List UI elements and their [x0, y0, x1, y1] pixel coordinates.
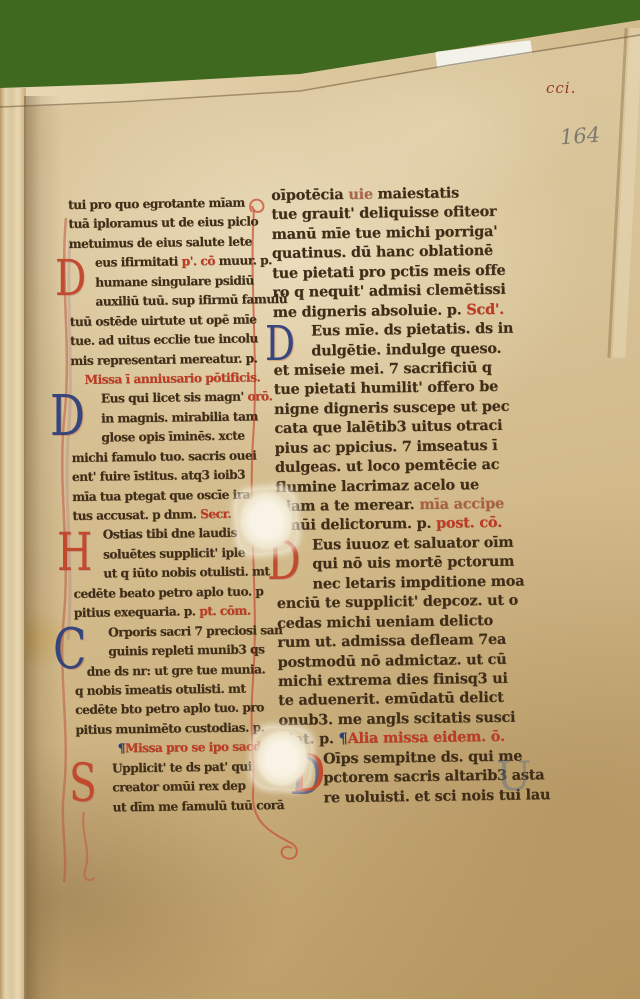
body-text: dulgētie. indulge queso. [311, 339, 501, 359]
body-text: dulgeas. ut loco pemtēcie ac [275, 456, 500, 476]
body-text: ro q nequit' admisi clemētissi [272, 281, 505, 301]
rubric-text: pt. cōm. [199, 604, 251, 619]
body-text: uie [348, 186, 378, 203]
rubric-text: Scd'. [466, 300, 504, 318]
manuscript-line: tui pro quo egrotante mīam [68, 193, 254, 215]
manuscript-line: Ostias tibi dne laudis [73, 524, 259, 546]
body-text: eus ifirmitati [95, 255, 182, 270]
manuscript-line: cata que lalētib3 uitus otraci [274, 415, 542, 438]
body-text: Eus mīe. ds pietatis. ds in [311, 320, 513, 340]
manuscript-line: soluētes supplicit' iple [73, 543, 259, 565]
manuscript-line: tue. ad uitus ecclie tue incolu [70, 329, 256, 351]
body-text: Eus qui licet sis magn' [101, 390, 244, 406]
body-text: creator omūi rex dep [112, 779, 245, 795]
body-text: et miseie mei. 7 sacrificiū q [273, 359, 491, 379]
body-text: maiestatis [377, 184, 459, 202]
manuscript-line: cedēte beato petro aplo tuo. p [73, 582, 259, 604]
folio-number-roman: cci. [546, 79, 576, 97]
text-column-right: oīpotēcia uie maiestatistue grauit' deli… [271, 182, 548, 808]
body-text: pius ac ppicius. 7 imseatus ī [275, 437, 498, 457]
manuscript-line: pitius munimēto custodias. p. [75, 718, 261, 740]
body-text: enciū te supplicit' depcoz. ut o [277, 592, 518, 612]
body-text: pitius exequaria. p. [74, 604, 200, 620]
manuscript-line: enciū te supplicit' depcoz. ut o [277, 590, 545, 613]
manuscript-line: ent' fuire īstitus. atq3 ioib3 [72, 466, 258, 488]
body-text: q nobis īmeatis otulisti. mt [75, 682, 246, 698]
drop-cap-initial: S [69, 758, 97, 810]
body-text: cedas michi ueniam delicto [277, 612, 493, 632]
catchword-letter: U [496, 754, 531, 800]
manuscript-line: creator omūi rex dep [76, 776, 262, 798]
body-text: humane singulare psidiū [95, 273, 254, 289]
text-column-left: tui pro quo egrotante mīamtuā iploramus … [68, 193, 263, 818]
manuscript-line: cedēte bto petro aplo tuo. pro [75, 699, 261, 721]
body-text: soluētes supplicit' iple [103, 545, 245, 561]
repair-patch [235, 488, 297, 555]
body-text: metuimus de eius salute lete [69, 234, 252, 251]
drop-cap-initial: H [57, 527, 92, 579]
book-fore-edges [0, 88, 26, 999]
body-text: flumine lacrimaz acelo ue [275, 476, 479, 496]
body-text: niam a te merear. [275, 496, 419, 515]
body-text: mīa accipe [419, 495, 504, 513]
folio-number-pencil: 164 [559, 123, 601, 150]
body-text: tue pietati pro pctīs meis offe [272, 261, 505, 281]
pilcrow-mark: ¶ [338, 730, 347, 747]
body-text: Ostias tibi dne laudis [103, 526, 237, 542]
body-text: ent' fuire īstitus. atq3 ioib3 [72, 468, 245, 484]
body-text: auxiliū tuū. sup ifirmū famulū [95, 292, 287, 309]
manuscript-line: guinis repleti munib3 qs [74, 640, 260, 662]
manuscript-line: auxiliū tuū. sup ifirmū famulū [69, 291, 255, 313]
manuscript-line: in magnis. mirabilia tam [71, 407, 257, 429]
manuscript-line: pitius exequaria. p. pt. cōm. [74, 602, 260, 624]
body-text: nec letaris impditione moa [312, 572, 524, 592]
manuscript-line: tus accusat. p dnm. Secr. [72, 504, 258, 526]
manuscript-line: mīa tua ptegat que oscīe ira [72, 485, 258, 507]
body-text: tui pro quo egrotante mīam [68, 196, 245, 212]
manuscript-line: michi famulo tuo. sacris ouei [72, 446, 258, 468]
manuscript-line: onub3. me angls scitatis susci [278, 707, 546, 730]
drop-cap-initial: D [265, 320, 295, 368]
body-text: oīpotēcia [271, 186, 348, 204]
body-text: pitius munimēto custodias. p. [75, 720, 264, 737]
body-text: glose opis īminēs. xcte [101, 429, 244, 445]
body-text: quatinus. dū hanc oblationē [272, 242, 493, 262]
manuscript-line: Missa ī anniusario pōtificis. [70, 368, 256, 390]
body-text: tue grauit' deliquisse ofiteor [271, 203, 496, 223]
body-text: michi famulo tuo. sacris ouei [72, 448, 257, 465]
body-text: tus accusat. p dnm. [72, 507, 200, 523]
body-text: ut dīm me famulū tuū corā [112, 798, 284, 814]
body-text: Orporis sacri 7 preciosi san [108, 623, 282, 639]
body-text: qui nō uis mortē pctorum [312, 553, 514, 573]
manuscript-line: ut q iūto nobis otulisti. mt [73, 563, 259, 585]
body-text: dne ds nr: ut gre tue munia. [87, 662, 266, 678]
body-text: tuū ostēde uirtute ut opē mīe [70, 312, 257, 329]
body-text: me digneris absoluie. p. [273, 301, 467, 321]
manuscript-line: tuū ostēde uirtute ut opē mīe [70, 310, 256, 332]
rubric-text: Missa ī anniusario pōtificis. [84, 370, 260, 386]
body-text: ut q iūto nobis otulisti. mt [103, 565, 269, 581]
manuscript-line: glose opis īminēs. xcte [71, 427, 257, 449]
body-text: tue. ad uitus ecclie tue incolu [70, 331, 258, 348]
body-text: muur. p. [215, 253, 272, 268]
drop-cap-initial: D [50, 389, 85, 445]
manuscript-line: dulgētie. indulge queso. [273, 338, 541, 361]
manuscript-line: tuā iploramus ut de eius piclo [68, 213, 254, 235]
manuscript-line: humane singulare psidiū [69, 271, 255, 293]
body-text: Eus iuuoz et saluator oīm [312, 534, 514, 554]
manuscript-photo: cci. 164 tui pro quo egrotante mīamtuā i… [0, 0, 640, 999]
manuscript-line: dne ds nr: ut gre tue munia. [75, 660, 261, 682]
body-text: cedēte bto petro aplo tuo. pro [75, 701, 264, 718]
manuscript-line: ut dīm me famulū tuū corā [76, 796, 262, 818]
body-text: te aduenerit. emūdatū delict [278, 689, 504, 709]
body-text: cedēte beato petro aplo tuo. p [73, 584, 263, 601]
body-text: in magnis. mirabilia tam [101, 409, 258, 425]
rubric-text: Alia missa eidem. ō. [347, 728, 505, 747]
body-text: tuā iploramus ut de eius piclo [68, 215, 258, 232]
rubric-text: post. cō. [436, 514, 502, 532]
manuscript-line: Orporis sacri 7 preciosi san [74, 621, 260, 643]
repair-patch [252, 727, 312, 790]
body-text: michi extrema dies finisq3 ui [278, 670, 508, 690]
manuscript-line: Eus qui licet sis magn' orō. [71, 388, 257, 410]
manuscript-line: q nobis īmeatis otulisti. mt [75, 679, 261, 701]
body-text: tue pietati humilit' offero be [274, 378, 498, 398]
drop-cap-initial: D [55, 253, 86, 303]
rubric-text: orō. [244, 390, 273, 404]
body-text: Oīps sempitne ds. qui me [323, 747, 522, 767]
body-text: onub3. me angls scitatis susci [278, 708, 515, 728]
body-text: mis representari mereatur. p. [70, 351, 257, 368]
body-text: Upplicit' te ds pat' qui [112, 759, 252, 775]
manuscript-line: eus ifirmitati p'. cō muur. p. [69, 252, 255, 274]
manuscript-line: ¶Missa pro se ipo sacdote [76, 738, 262, 760]
body-text: manū mīe tue michi porriga' [272, 223, 498, 243]
manuscript-line: Upplicit' te ds pat' qui [76, 757, 262, 779]
body-text: rum ut. admissa defleam 7ea [277, 631, 506, 651]
body-text: postmodū nō admictaz. ut cū [278, 650, 507, 670]
body-text: guinis repleti munib3 qs [108, 642, 264, 658]
body-text: cata que lalētib3 uitus otraci [274, 417, 502, 437]
rubric-text: Secr. [200, 507, 231, 521]
rubric-text: p'. cō [182, 254, 215, 268]
manuscript-line: mis representari mereatur. p. [70, 349, 256, 371]
body-text: nigne digneris suscepe ut pec [274, 398, 509, 418]
manuscript-line: metuimus de eius salute lete [69, 232, 255, 254]
body-text: mīa tua ptegat que oscīe ira [72, 487, 250, 503]
drop-cap-initial: C [53, 622, 86, 678]
